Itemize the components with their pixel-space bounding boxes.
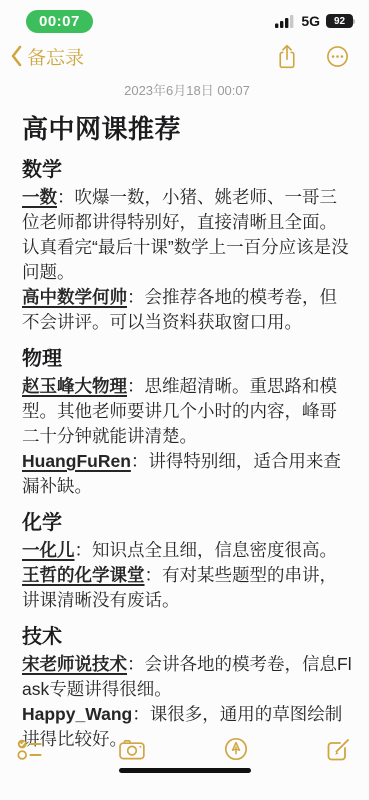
share-icon	[276, 43, 298, 70]
teacher-name: 一化儿	[22, 540, 75, 560]
checklist-button[interactable]	[15, 735, 43, 763]
status-bar: 00:07 5G 92	[0, 0, 369, 34]
ellipsis-circle-icon	[325, 44, 350, 69]
network-type-label: 5G	[301, 13, 320, 29]
note-date: 2023年6月18日 00:07	[22, 80, 352, 99]
compose-icon	[325, 736, 352, 763]
teacher-name: 赵玉峰大物理	[22, 376, 127, 396]
notes-app-screen: 00:07 5G 92 备忘录	[0, 0, 369, 800]
teacher-name: Happy_Wang	[22, 704, 132, 724]
entry-yihuaer: 一化儿：知识点全且细，信息密度很高。	[22, 538, 352, 563]
battery-icon: 92	[326, 14, 355, 28]
entry-wangzhe: 王哲的化学课堂：有对某些题型的串讲，讲课清晰没有废话。	[22, 563, 352, 613]
camera-icon	[118, 736, 146, 762]
teacher-desc: ：吹爆一数，小猪、姚老师、一哥三位老师都讲得特别好，直接清晰且全面。认真看完“最…	[22, 187, 349, 282]
note-title: 高中网课推荐	[22, 109, 352, 146]
section-heading-physics: 物理	[22, 342, 352, 371]
section-heading-chemistry: 化学	[22, 506, 352, 535]
entry-huangfuren: HuangFuRen：讲得特别细，适合用来查漏补缺。	[22, 449, 352, 499]
compose-button[interactable]	[325, 735, 353, 763]
teacher-name: HuangFuRen	[22, 451, 131, 471]
battery-percent: 92	[326, 14, 353, 28]
camera-button[interactable]	[118, 735, 146, 763]
teacher-name: 宋老师说技术	[22, 654, 127, 674]
status-time-pill[interactable]: 00:07	[26, 10, 93, 33]
bottom-toolbar	[0, 735, 369, 763]
more-options-button[interactable]	[323, 42, 351, 70]
teacher-name: 一数	[22, 187, 57, 207]
teacher-name: 高中数学何帅	[22, 287, 127, 307]
home-indicator[interactable]	[119, 768, 251, 773]
teacher-desc: ：知识点全且细，信息密度很高。	[75, 540, 338, 560]
entry-zhaoyufeng: 赵玉峰大物理：思维超清晰。重思路和模型。其他老师要讲几个小时的内容，峰哥二十分钟…	[22, 374, 352, 449]
markup-button[interactable]	[222, 735, 250, 763]
entry-heshuai: 高中数学何帅：会推荐各地的模考卷，但不会讲评。可以当资料获取窗口用。	[22, 285, 352, 335]
share-button[interactable]	[273, 42, 301, 70]
teacher-name: 王哲的化学课堂	[22, 565, 145, 585]
back-label: 备忘录	[27, 43, 84, 70]
note-content[interactable]: 2023年6月18日 00:07 高中网课推荐 数学 一数：吹爆一数，小猪、姚老…	[0, 80, 369, 752]
nav-bar: 备忘录	[0, 34, 369, 78]
section-heading-math: 数学	[22, 153, 352, 182]
back-button[interactable]: 备忘录	[10, 43, 84, 70]
checklist-icon	[16, 736, 43, 763]
section-heading-tech: 技术	[22, 620, 352, 649]
markup-pen-icon	[223, 736, 249, 762]
entry-yishu: 一数：吹爆一数，小猪、姚老师、一哥三位老师都讲得特别好，直接清晰且全面。认真看完…	[22, 185, 352, 285]
cellular-signal-icon	[275, 14, 295, 28]
chevron-left-icon	[10, 45, 22, 67]
entry-songlaoshi: 宋老师说技术：会讲各地的模考卷，信息Flask专题讲得很细。	[22, 652, 352, 702]
